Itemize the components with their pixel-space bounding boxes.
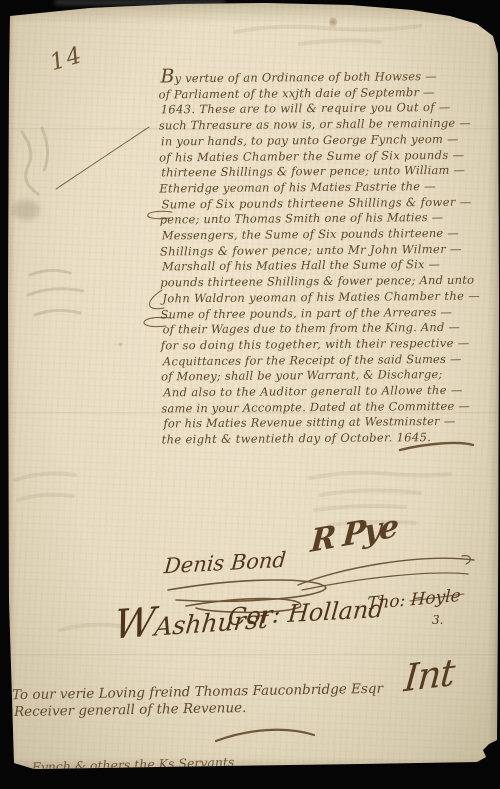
- paper-edge-shading-bottom: [0, 757, 500, 771]
- showthrough-writing: [0, 0, 500, 789]
- body-line: Marshall of his Maties Hall the Sume of …: [162, 257, 492, 276]
- scanned-document-page: 14 By vertue of an Ordinance of both How…: [0, 0, 500, 789]
- body-line: Acquittances for the Receipt of the said…: [163, 351, 493, 370]
- manuscript-paper: 14 By vertue of an Ordinance of both How…: [0, 0, 500, 789]
- body-line: Sume of Six pounds thirteene Shillings &…: [161, 194, 491, 213]
- address-line-2: Receiver generall of the Revenue.: [14, 700, 247, 720]
- body-line: such Threasure as now is, or shall be re…: [159, 116, 491, 135]
- paper-edge-shading-right: [488, 0, 500, 789]
- body-line: same in your Accompte. Dated at the Comm…: [161, 398, 493, 417]
- fold-crease: [0, 654, 500, 657]
- entered-mark: Int: [402, 651, 456, 701]
- ink-stain: [118, 342, 123, 347]
- body-line: Etheridge yeoman of his Maties Pastrie t…: [159, 178, 491, 197]
- body-line: By vertue of an Ordinance of both Howses…: [160, 67, 490, 88]
- body-line: of their Wages due to them from the King…: [163, 320, 493, 339]
- body-line: Sume of three pounds, in part of the Arr…: [160, 304, 492, 323]
- body-line: And also to the Auditor generall to Allo…: [163, 383, 493, 402]
- body-line: 1643. These are to will & require you Ou…: [161, 100, 491, 119]
- document-body: By vertue of an Ordinance of both Howses…: [158, 67, 493, 449]
- ink-stain: [329, 17, 337, 27]
- fold-crease: [0, 128, 500, 131]
- smudge-mark: [12, 200, 40, 220]
- docket-note: Fynch & others the Ks Servants: [32, 754, 235, 774]
- body-line: of Parliament of the xxjth daie of Septe…: [159, 84, 491, 103]
- body-line: thirteene Shillings & fower pence; unto …: [161, 163, 491, 182]
- paper-edge-shading-left: [0, 0, 16, 789]
- signature-cor-holland: Cor: Holland: [227, 595, 385, 631]
- body-line: for his Maties Revenue sitting at Westmi…: [163, 414, 493, 433]
- fold-crease: [0, 412, 500, 415]
- signature-tho-hoyle: Tho: Hoyle: [367, 586, 462, 614]
- folio-number: 14: [47, 42, 86, 76]
- body-line: Messengers, the Sume of Six pounds thirt…: [162, 226, 492, 245]
- signature-hoyle-paraph: 3.: [432, 613, 443, 627]
- body-line: in your hands, to pay unto George Fynch …: [161, 131, 491, 150]
- body-line: Shillings & fower pence; unto Mr John Wi…: [160, 241, 492, 260]
- signature-denis-bond: Denis Bond: [163, 548, 287, 579]
- body-line: pounds thirteene Shillings & fower pence…: [160, 273, 492, 292]
- signature-w-ashhurst: WAshhurst: [112, 591, 272, 648]
- signature-pye-flourished: R Pye: [309, 508, 398, 560]
- pen-flourishes: [0, 0, 500, 789]
- body-line: of his Maties Chamber the Sume of Six po…: [159, 147, 491, 166]
- body-line: of Money; shall be your Warrant, & Disch…: [161, 367, 493, 386]
- body-line: for so doing this together, with their r…: [161, 336, 493, 355]
- address-line-1: To our verie Loving freind Thomas Faucon…: [12, 681, 383, 703]
- body-line: pence; unto Thomas Smith one of his Mati…: [160, 210, 492, 229]
- body-line: the eight & twentieth day of October. 16…: [162, 430, 494, 449]
- body-line: John Waldron yeoman of his Maties Chambe…: [162, 288, 492, 307]
